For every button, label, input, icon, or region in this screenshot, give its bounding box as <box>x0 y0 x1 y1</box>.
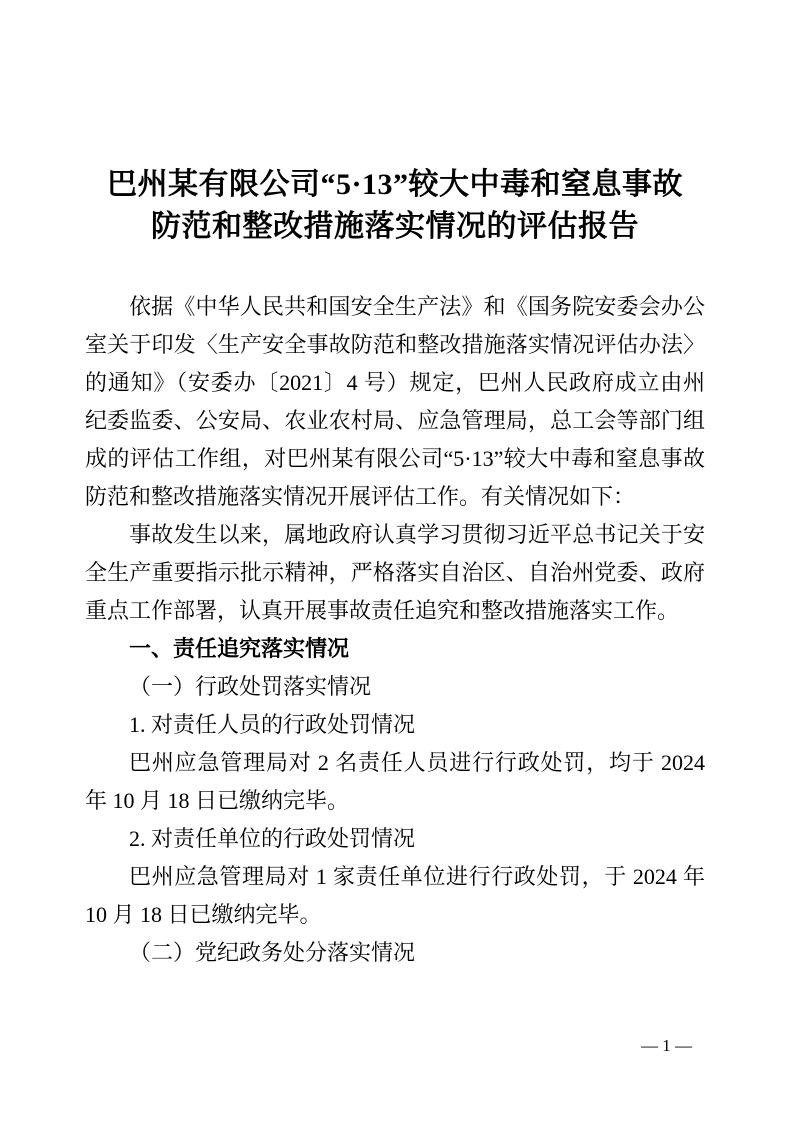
document-page: 巴州某有限公司“5·13”较大中毒和窒息事故 防范和整改措施落实情况的评估报告 … <box>0 0 793 1122</box>
item-2-title: 2. 对责任单位的行政处罚情况 <box>85 820 705 858</box>
paragraph-unit-penalty: 巴州应急管理局对 1 家责任单位进行行政处罚，于 2024 年 10 月 18 … <box>85 858 705 934</box>
document-content: 巴州某有限公司“5·13”较大中毒和窒息事故 防范和整改措施落实情况的评估报告 … <box>85 0 705 972</box>
page-number: — 1 — <box>641 1036 692 1056</box>
paragraph-legal-basis: 依据《中华人民共和国安全生产法》和《国务院安委会办公室关于印发〈生产安全事故防范… <box>85 288 705 516</box>
title-line-1: 巴州某有限公司“5·13”较大中毒和窒息事故 <box>85 164 705 206</box>
title-line-2: 防范和整改措施落实情况的评估报告 <box>85 206 705 248</box>
document-title: 巴州某有限公司“5·13”较大中毒和窒息事故 防范和整改措施落实情况的评估报告 <box>85 164 705 248</box>
paragraph-background: 事故发生以来，属地政府认真学习贯彻习近平总书记关于安全生产重要指示批示精神，严格… <box>85 516 705 630</box>
heading-section-1-1: （一）行政处罚落实情况 <box>85 668 705 706</box>
paragraph-person-penalty: 巴州应急管理局对 2 名责任人员进行行政处罚，均于 2024 年 10 月 18… <box>85 744 705 820</box>
heading-section-1-2: （二）党纪政务处分落实情况 <box>85 934 705 972</box>
heading-section-1: 一、责任追究落实情况 <box>85 630 705 668</box>
document-body: 依据《中华人民共和国安全生产法》和《国务院安委会办公室关于印发〈生产安全事故防范… <box>85 288 705 972</box>
item-1-title: 1. 对责任人员的行政处罚情况 <box>85 706 705 744</box>
